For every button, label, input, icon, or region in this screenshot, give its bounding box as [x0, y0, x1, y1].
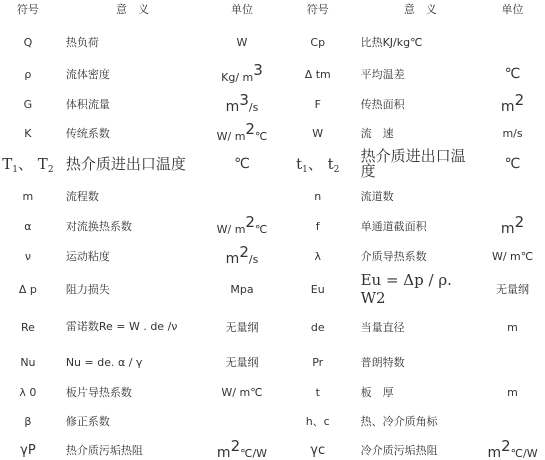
unit-cell: 无量纲	[199, 347, 285, 377]
header-unit: 单位	[199, 0, 285, 25]
symbol-cell: Eu	[285, 271, 351, 307]
symbol-cell: ρ	[0, 59, 56, 89]
unit-tail: ℃	[255, 223, 267, 236]
table-row: NuNu = de. α / γ无量纲Pr普朗特数	[0, 347, 545, 377]
unit-superscript: 2	[245, 120, 255, 138]
symbol-cell: Cp	[285, 25, 351, 59]
symbol-cell: Pr	[285, 347, 351, 377]
meaning-cell: 传统系数	[56, 119, 199, 147]
meaning-cell: 热负荷	[56, 25, 199, 59]
table-row: γP热介质污垢热阻m2℃/Wγc冷介质污垢热阻m2℃/W	[0, 435, 545, 460]
symbol-subscript: 2	[48, 165, 54, 175]
symbol-separator: 、	[308, 155, 328, 173]
symbol-cell: ν	[0, 241, 56, 271]
symbol-text: T	[38, 155, 48, 173]
meaning-cell: 传热面积	[351, 89, 480, 119]
unit-cell	[480, 347, 545, 377]
unit-cell: Mpa	[199, 271, 285, 307]
symbol-cell: W	[285, 119, 351, 147]
symbol-cell: Q	[0, 25, 56, 59]
unit-cell	[480, 25, 545, 59]
meaning-cell: 阻力损失	[56, 271, 199, 307]
meaning-cell: 流体密度	[56, 59, 199, 89]
table-row: Δ p阻力损失MpaEuEu = Δp / ρ. W2无量纲	[0, 271, 545, 307]
symbol-cell: Re	[0, 307, 56, 347]
meaning-cell: 平均温差	[351, 59, 480, 89]
table-row: β修正系数h、c热、冷介质角标	[0, 407, 545, 435]
unit-cell: m	[480, 307, 545, 347]
unit-cell: m/s	[480, 119, 545, 147]
unit-cell: W/ m℃	[480, 241, 545, 271]
unit-cell	[199, 181, 285, 211]
header-row: 符号 意 义 单位 符号 意 义 单位	[0, 0, 545, 25]
meaning-cell: 单通道截面积	[351, 211, 480, 241]
meaning-cell: 板 厚	[351, 377, 480, 407]
symbol-table: 符号 意 义 单位 符号 意 义 单位 Q热负荷WCp比热KJ/kg℃ρ流体密度…	[0, 0, 545, 460]
symbol-cell: G	[0, 89, 56, 119]
symbol-cell: Δ tm	[285, 59, 351, 89]
unit-cell: W	[199, 25, 285, 59]
symbol-cell: de	[285, 307, 351, 347]
unit-text: m	[226, 251, 240, 267]
unit-cell: m2℃/W	[480, 435, 545, 460]
meaning-cell: 体积流量	[56, 89, 199, 119]
symbol-cell: γc	[285, 435, 351, 460]
unit-tail: ℃/W	[511, 447, 538, 460]
table-row: λ 0板片导热系数W/ m℃t板 厚m	[0, 377, 545, 407]
unit-text: W/ m	[217, 130, 246, 143]
symbol-subscript: 2	[334, 165, 340, 175]
meaning-cell: 运动粘度	[56, 241, 199, 271]
table-row: ν运动粘度m2/sλ介质导热系数W/ m℃	[0, 241, 545, 271]
table-row: K传统系数W/ m2℃W流 速m/s	[0, 119, 545, 147]
unit-text: m	[217, 445, 231, 460]
unit-cell: m2	[480, 211, 545, 241]
unit-cell: ℃	[480, 59, 545, 89]
unit-cell: m3/s	[199, 89, 285, 119]
meaning-cell: 冷介质污垢热阻	[351, 435, 480, 460]
meaning-cell: 当量直径	[351, 307, 480, 347]
symbol-cell: F	[285, 89, 351, 119]
table-row: m流程数n流道数	[0, 181, 545, 211]
table-row: ρ流体密度Kg/ m3Δ tm平均温差℃	[0, 59, 545, 89]
meaning-cell: Eu = Δp / ρ. W2	[351, 271, 480, 307]
unit-cell: W/ m2℃	[199, 211, 285, 241]
unit-cell: 无量纲	[199, 307, 285, 347]
unit-text: m	[501, 221, 515, 237]
unit-text: m	[487, 445, 501, 460]
meaning-cell: 修正系数	[56, 407, 199, 435]
unit-cell: ℃	[199, 147, 285, 181]
table-row: T1、 T2热介质进出口温度℃t1、 t2热介质进出口温度℃	[0, 147, 545, 181]
symbol-text: T	[2, 155, 12, 173]
symbol-cell: t1、 t2	[285, 147, 351, 181]
table-row: G体积流量m3/sF传热面积m2	[0, 89, 545, 119]
header-symbol: 符号	[0, 0, 56, 25]
meaning-cell: 对流换热系数	[56, 211, 199, 241]
symbol-cell: n	[285, 181, 351, 211]
meaning-cell: 比热KJ/kg℃	[351, 25, 480, 59]
meaning-cell: 流程数	[56, 181, 199, 211]
unit-superscript: 2	[245, 213, 255, 231]
meaning-cell: 流 速	[351, 119, 480, 147]
symbol-cell: t	[285, 377, 351, 407]
unit-superscript: 2	[515, 213, 525, 231]
header-meaning: 意 义	[56, 0, 199, 25]
meaning-cell: 普朗特数	[351, 347, 480, 377]
unit-cell: W/ m2℃	[199, 119, 285, 147]
meaning-cell: 流道数	[351, 181, 480, 211]
unit-cell: Kg/ m3	[199, 59, 285, 89]
unit-tail: ℃/W	[240, 447, 267, 460]
unit-cell: m	[480, 377, 545, 407]
unit-cell: W/ m℃	[199, 377, 285, 407]
meaning-cell: 雷诺数Re = W . de /ν	[56, 307, 199, 347]
table-row: Re雷诺数Re = W . de /ν无量纲de当量直径m	[0, 307, 545, 347]
symbol-cell: K	[0, 119, 56, 147]
unit-text: m	[501, 99, 515, 115]
symbol-cell: f	[285, 211, 351, 241]
symbol-cell: h、c	[285, 407, 351, 435]
unit-cell	[199, 407, 285, 435]
unit-tail: /s	[249, 253, 258, 266]
unit-superscript: 2	[231, 437, 241, 455]
meaning-cell: Nu = de. α / γ	[56, 347, 199, 377]
table-row: Q热负荷WCp比热KJ/kg℃	[0, 25, 545, 59]
header-symbol-2: 符号	[285, 0, 351, 25]
symbol-separator: 、	[18, 155, 38, 173]
symbol-cell: β	[0, 407, 56, 435]
unit-cell: m2	[480, 89, 545, 119]
symbol-cell: α	[0, 211, 56, 241]
unit-text: Kg/ m	[221, 71, 253, 84]
meaning-cell: 介质导热系数	[351, 241, 480, 271]
unit-cell	[480, 407, 545, 435]
meaning-cell: 热、冷介质角标	[351, 407, 480, 435]
symbol-cell: γP	[0, 435, 56, 460]
meaning-cell: 热介质进出口温度	[351, 147, 480, 181]
unit-tail: /s	[249, 101, 258, 114]
table-row: α对流换热系数W/ m2℃f单通道截面积m2	[0, 211, 545, 241]
header-meaning-2: 意 义	[351, 0, 480, 25]
header-unit-2: 单位	[480, 0, 545, 25]
unit-cell: m2/s	[199, 241, 285, 271]
unit-text: W/ m	[217, 223, 246, 236]
unit-cell: 无量纲	[480, 271, 545, 307]
symbol-cell: m	[0, 181, 56, 211]
unit-superscript: 3	[253, 61, 263, 79]
unit-superscript: 3	[239, 91, 249, 109]
symbol-cell: Δ p	[0, 271, 56, 307]
meaning-cell: 热介质污垢热阻	[56, 435, 199, 460]
meaning-cell: 热介质进出口温度	[56, 147, 199, 181]
unit-superscript: 2	[239, 243, 249, 261]
unit-cell: ℃	[480, 147, 545, 181]
symbol-cell: λ	[285, 241, 351, 271]
meaning-cell: 板片导热系数	[56, 377, 199, 407]
unit-superscript: 2	[515, 91, 525, 109]
unit-superscript: 2	[501, 437, 511, 455]
symbol-cell: T1、 T2	[0, 147, 56, 181]
unit-text: m	[226, 99, 240, 115]
unit-cell: m2℃/W	[199, 435, 285, 460]
symbol-cell: Nu	[0, 347, 56, 377]
unit-cell	[480, 181, 545, 211]
unit-tail: ℃	[255, 130, 267, 143]
symbol-cell: λ 0	[0, 377, 56, 407]
